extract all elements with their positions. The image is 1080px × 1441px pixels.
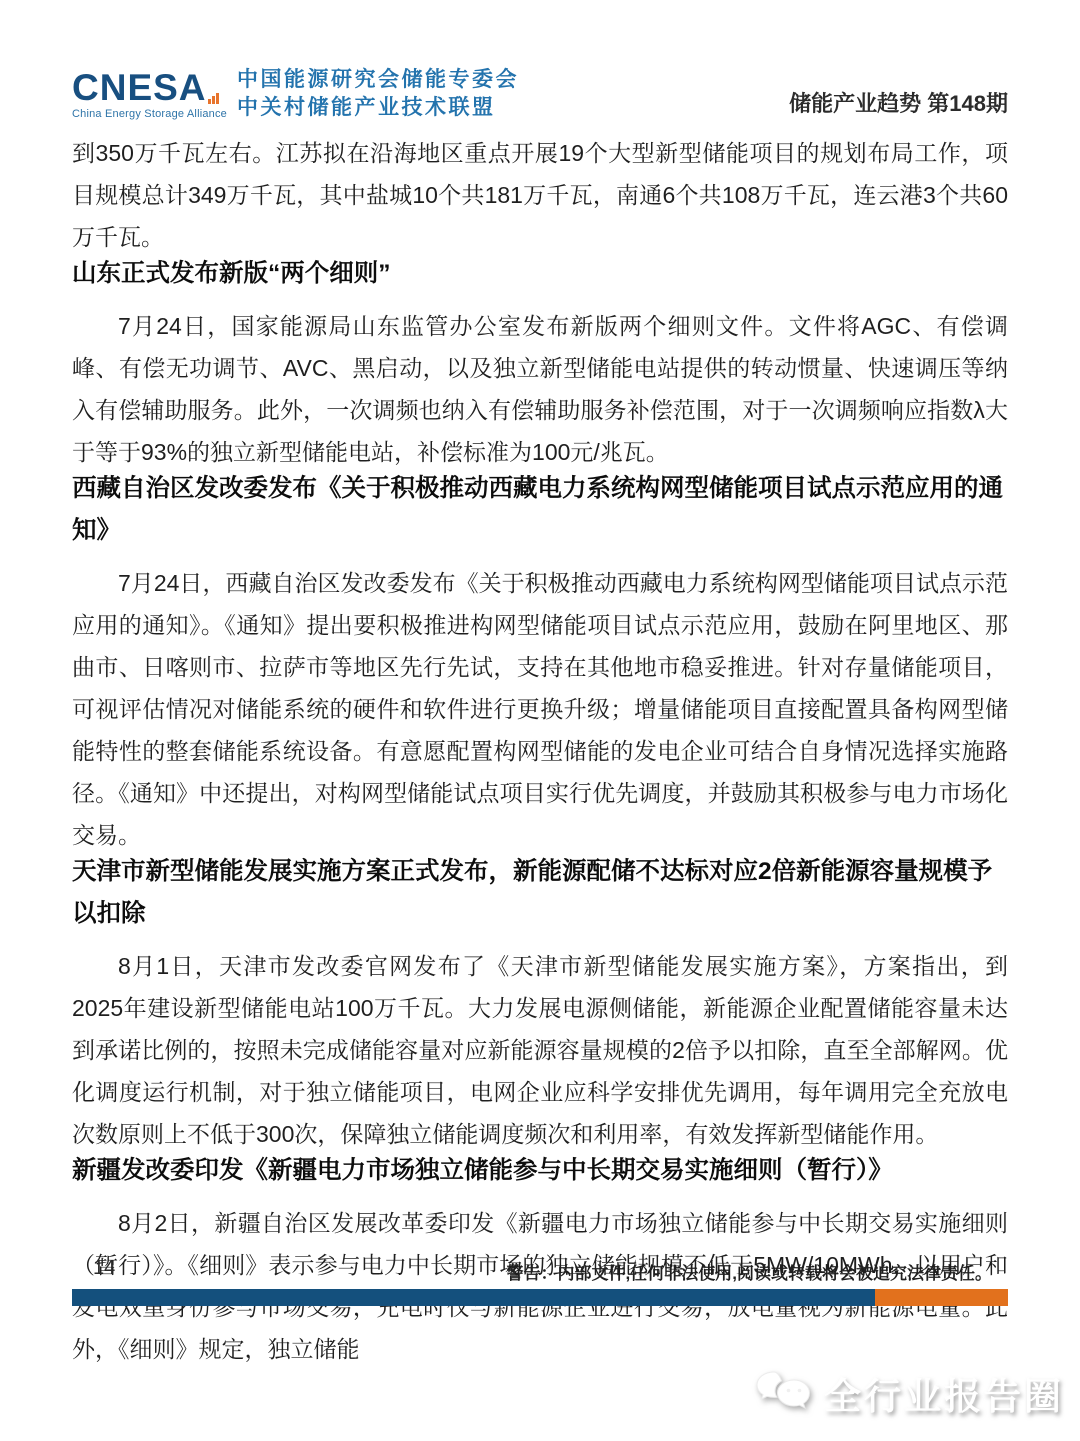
footer-bar-blue xyxy=(72,1289,875,1306)
paragraph-continuation: 到350万千瓦左右。江苏拟在沿海地区重点开展19个大型新型储能项目的规划布局工作… xyxy=(72,132,1008,258)
cnesa-logo-chinese: 中国能源研究会储能专委会 中关村储能产业技术联盟 xyxy=(237,68,519,120)
cnesa-logo-cn-line2: 中关村储能产业技术联盟 xyxy=(237,96,519,120)
section-heading-shandong: 山东正式发布新版“两个细则” xyxy=(72,253,1008,295)
section-heading-xizang: 西藏自治区发改委发布《关于积极推动西藏电力系统构网型储能项目试点示范应用的通知》 xyxy=(72,468,1008,552)
cnesa-logo: CNESA China Energy Storage Alliance 中国能源… xyxy=(72,68,519,120)
cnesa-logo-subtitle: China Energy Storage Alliance xyxy=(72,109,227,120)
section-heading-tianjin: 天津市新型储能发展实施方案正式发布，新能源配储不达标对应2倍新能源容量规模予以扣… xyxy=(72,851,1008,935)
cnesa-logo-left: CNESA China Energy Storage Alliance xyxy=(72,69,227,120)
footer-bar xyxy=(72,1289,1008,1306)
paragraph-tianjin: 8月1日，天津市发改委官网发布了《天津市新型储能发展实施方案》，方案指出，到20… xyxy=(72,945,1008,1155)
paragraph-xizang: 7月24日，西藏自治区发改委发布《关于积极推动西藏电力系统构网型储能项目试点示范… xyxy=(72,562,1008,856)
document-page: CNESA China Energy Storage Alliance 中国能源… xyxy=(0,0,1080,1441)
cnesa-logo-acronym: CNESA xyxy=(72,69,227,106)
cnesa-logo-acronym-text: CNESA xyxy=(72,69,207,106)
page-number: 14 xyxy=(93,1257,115,1280)
section-heading-xinjiang: 新疆发改委印发《新疆电力市场独立储能参与中长期交易实施细则（暂行）》 xyxy=(72,1150,1008,1192)
footer-bar-orange xyxy=(875,1289,1008,1306)
watermark-text: 全行业报告圈 xyxy=(824,1366,1064,1420)
footer-warning: 警告：内部文件,任何非法使用,阅读或转载将会被追究法律责任。 xyxy=(507,1259,992,1284)
cnesa-logo-cn-line1: 中国能源研究会储能专委会 xyxy=(237,68,519,92)
document-body: 到350万千瓦左右。江苏拟在沿海地区重点开展19个大型新型储能项目的规划布局工作… xyxy=(0,120,1080,1370)
watermark: 全行业报告圈 xyxy=(754,1366,1064,1420)
paragraph-xinjiang: 8月2日，新疆自治区发展改革委印发《新疆电力市场独立储能参与中长期交易实施细则（… xyxy=(72,1202,1008,1370)
page-header: CNESA China Energy Storage Alliance 中国能源… xyxy=(0,0,1080,120)
paragraph-shandong: 7月24日，国家能源局山东监管办公室发布新版两个细则文件。文件将AGC、有偿调峰… xyxy=(72,305,1008,473)
chat-bubbles-icon xyxy=(754,1368,816,1418)
issue-title: 储能产业趋势 第148期 xyxy=(789,87,1008,120)
bar-chart-icon xyxy=(208,93,219,106)
